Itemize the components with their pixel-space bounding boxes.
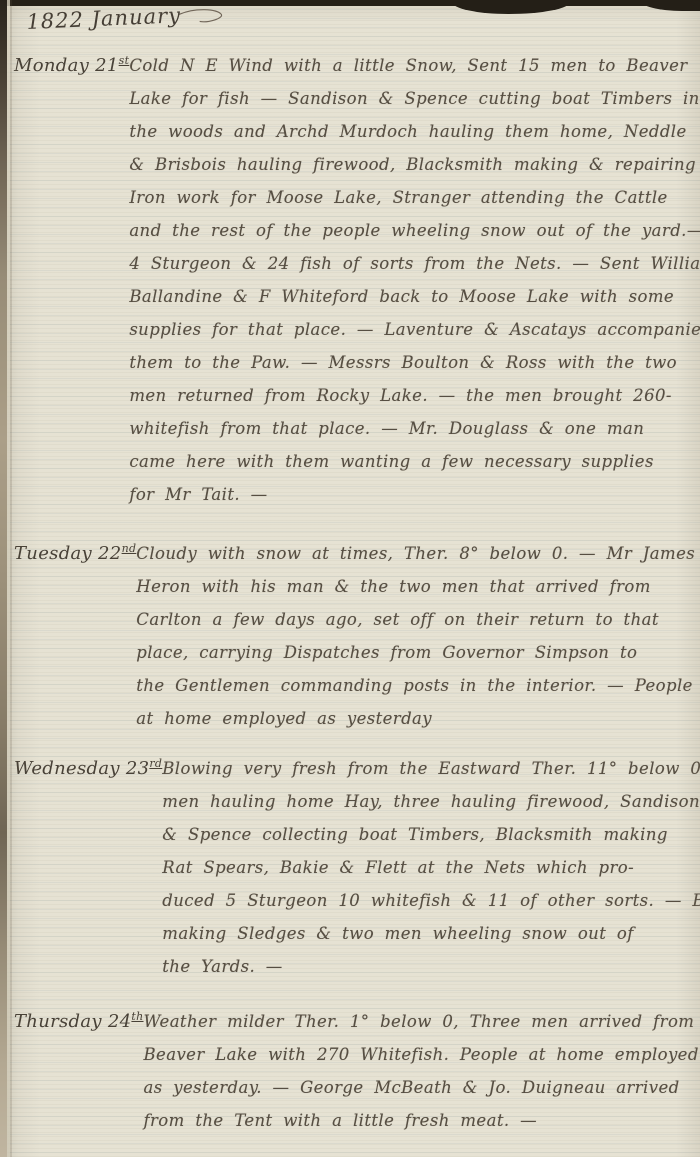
book-binding-edge: [0, 0, 7, 1157]
entry-ordinal: st: [119, 54, 130, 67]
entry-day-label: Thursday 24th: [14, 1005, 144, 1038]
handwritten-line: & Brisbois hauling firewood, Blacksmith …: [129, 148, 700, 181]
handwritten-line: Carlton a few days ago, set off on their…: [136, 603, 700, 636]
journal-year-header: 1822 January: [26, 2, 217, 35]
handwritten-line: men hauling home Hay, three hauling fire…: [162, 785, 700, 818]
handwritten-line: as yesterday. — George McBeath & Jo. Dui…: [144, 1071, 700, 1104]
entry-text-block: Cloudy with snow at times, Ther. 8° belo…: [136, 537, 700, 735]
handwritten-line: Heron with his man & the two men that ar…: [136, 570, 700, 603]
handwritten-line: making Sledges & two men wheeling snow o…: [162, 917, 700, 950]
page-fold-shadow: [10, 0, 12, 1157]
handwritten-line: from the Tent with a little fresh meat. …: [144, 1104, 700, 1137]
book-top-edge: [0, 0, 700, 6]
handwritten-line: supplies for that place. — Laventure & A…: [129, 313, 700, 346]
entry-day-name: Wednesday: [14, 758, 120, 779]
entry-text-block: Blowing very fresh from the Eastward The…: [162, 752, 700, 983]
handwritten-line: the Yards. —: [162, 950, 700, 983]
handwritten-line: Cold N E Wind with a little Snow, Sent 1…: [129, 49, 700, 82]
handwritten-line: the woods and Archd Murdoch hauling them…: [129, 115, 700, 148]
journal-entry: Tuesday 22nd Cloudy with snow at times, …: [14, 537, 700, 735]
handwritten-line: and the rest of the people wheeling snow…: [129, 214, 700, 247]
handwritten-line: at home employed as yesterday: [136, 702, 700, 735]
entry-day-label: Monday 21st: [14, 49, 129, 82]
handwritten-line: & Spence collecting boat Timbers, Blacks…: [162, 818, 700, 851]
journal-page: 1822 January Monday 21st Cold N E Wind w…: [0, 0, 700, 1157]
handwritten-line: Ballandine & F Whiteford back to Moose L…: [129, 280, 700, 313]
journal-entry: Monday 21st Cold N E Wind with a little …: [14, 49, 700, 511]
handwritten-line: Rat Spears, Bakie & Flett at the Nets wh…: [162, 851, 700, 884]
entry-day-name: Monday: [14, 55, 89, 76]
header-flourish-swash: [177, 6, 224, 28]
handwritten-line: Blowing very fresh from the Eastward The…: [162, 752, 700, 785]
handwritten-line: for Mr Tait. —: [129, 478, 700, 511]
handwritten-line: the Gentlemen commanding posts in the in…: [136, 669, 700, 702]
entry-day-label: Tuesday 22nd: [14, 537, 136, 570]
journal-content: 1822 January Monday 21st Cold N E Wind w…: [0, 0, 700, 1157]
handwritten-line: them to the Paw. — Messrs Boulton & Ross…: [129, 346, 700, 379]
entry-ordinal: nd: [122, 542, 137, 555]
handwritten-line: 4 Sturgeon & 24 fish of sorts from the N…: [129, 247, 700, 280]
entry-day-name: Thursday: [14, 1011, 102, 1032]
handwritten-line: came here with them wanting a few necess…: [129, 445, 700, 478]
entry-day-label: Wednesday 23rd: [14, 752, 162, 785]
handwritten-line: Weather milder Ther. 1° below 0, Three m…: [144, 1005, 700, 1038]
handwritten-line: men returned from Rocky Lake. — the men …: [129, 379, 700, 412]
handwritten-line: whitefish from that place. — Mr. Douglas…: [129, 412, 700, 445]
year-header-text: 1822 January: [26, 3, 181, 34]
handwritten-line: Iron work for Moose Lake, Stranger atten…: [129, 181, 700, 214]
entry-text-block: Weather milder Ther. 1° below 0, Three m…: [144, 1005, 700, 1137]
handwritten-line: place, carrying Dispatches from Governor…: [136, 636, 700, 669]
handwritten-line: Cloudy with snow at times, Ther. 8° belo…: [136, 537, 700, 570]
entry-day-number: 23: [126, 758, 150, 779]
journal-entry: Wednesday 23rd Blowing very fresh from t…: [14, 752, 700, 983]
entry-day-name: Tuesday: [14, 543, 92, 564]
handwritten-line: Beaver Lake with 270 Whitefish. People a…: [144, 1038, 700, 1071]
journal-entry: Thursday 24th Weather milder Ther. 1° be…: [14, 1005, 700, 1137]
entry-text-block: Cold N E Wind with a little Snow, Sent 1…: [129, 49, 700, 511]
entry-day-number: 22: [98, 543, 122, 564]
handwritten-line: Lake for fish — Sandison & Spence cuttin…: [129, 82, 700, 115]
handwritten-line: duced 5 Sturgeon 10 whitefish & 11 of ot…: [162, 884, 700, 917]
entry-ordinal: rd: [149, 757, 162, 770]
entry-day-number: 24: [108, 1011, 132, 1032]
entry-ordinal: th: [131, 1010, 143, 1023]
entry-day-number: 21: [95, 55, 119, 76]
journal-entries: Monday 21st Cold N E Wind with a little …: [14, 49, 700, 1137]
